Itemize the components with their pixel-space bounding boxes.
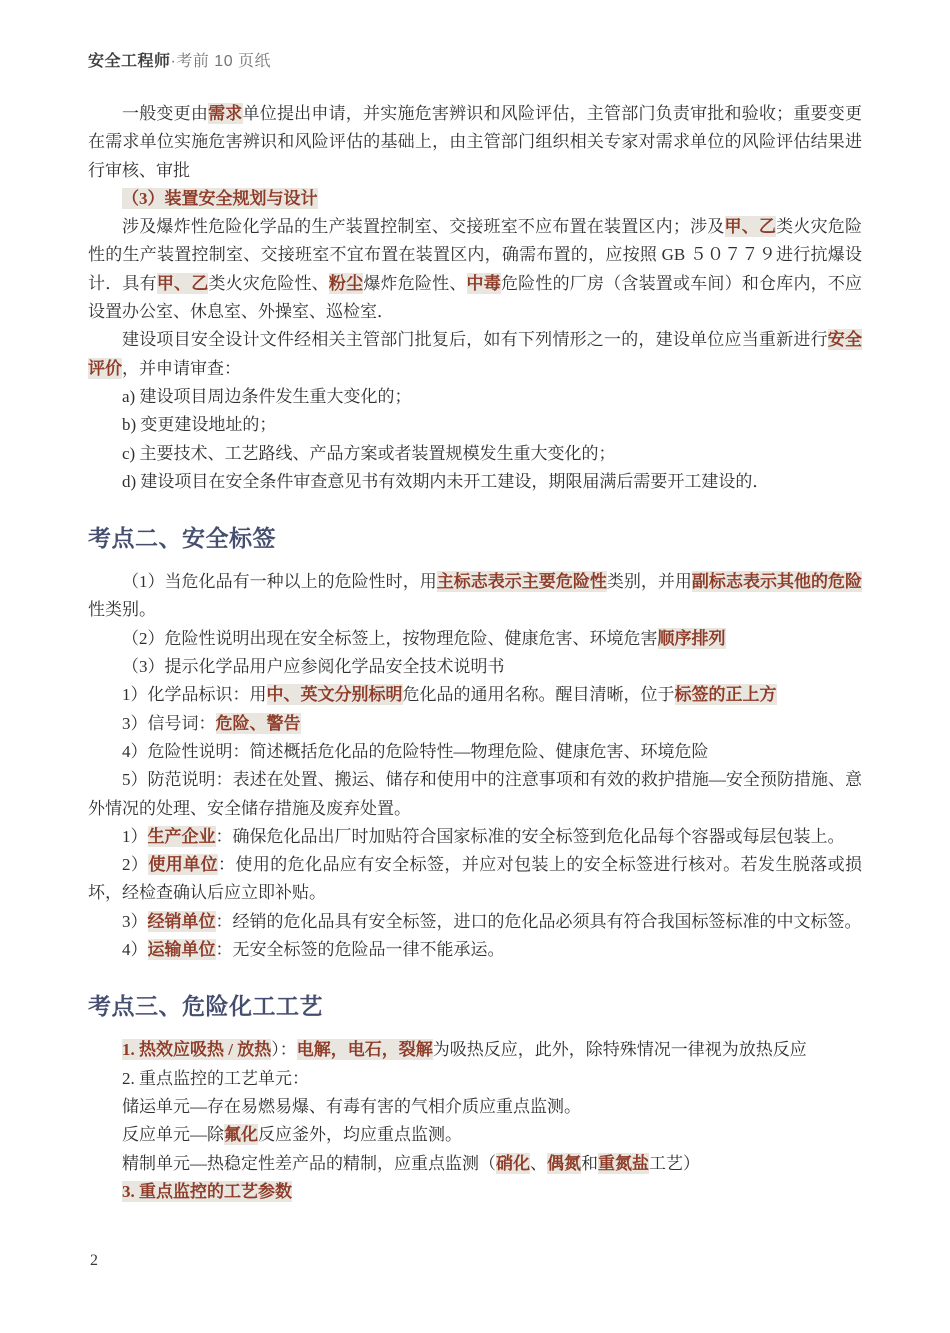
paragraph-thermal-effect: 1. 热效应吸热 / 放热）：电解，电石，裂解为吸热反应，此外，除特殊情况一律视… — [88, 1036, 862, 1064]
text-run: 和 — [581, 1154, 598, 1173]
text-run: 涉及爆炸性危险化学品的生产装置控制室、交接班室不应布置在装置区内；涉及 — [122, 217, 725, 236]
text-run: 储运单元—存在易燃易爆、有毒有害的气相介质应重点监测。 — [122, 1097, 581, 1116]
text-run: c) 主要技术、工艺路线、产品方案或者装置规模发生重大变化的； — [122, 444, 615, 463]
highlighted-term: 偶氮 — [547, 1153, 581, 1174]
document-body: 一般变更由需求单位提出申请，并实施危害辨识和风险评估，主管部门负责审批和验收；重… — [88, 100, 862, 1206]
text-run: ：经销的危化品具有安全标签，进口的危化品必须具有符合我国标签标准的中文标签。 — [216, 912, 862, 931]
paragraph-change-approval: 一般变更由需求单位提出申请，并实施危害辨识和风险评估，主管部门负责审批和验收；重… — [88, 100, 862, 185]
highlighted-term: 中、英文分别标明 — [267, 684, 403, 705]
highlighted-term: 主标志表示主要危险性 — [437, 571, 607, 592]
list-item-c: c) 主要技术、工艺路线、产品方案或者装置规模发生重大变化的； — [88, 440, 862, 468]
text-run: 5）防范说明：表述在处置、搬运、储存和使用中的注意事项和有效的救护措施—安全预防… — [88, 770, 862, 817]
section-heading-safety-label: 考点二、安全标签 — [88, 522, 862, 554]
text-run: a) 建设项目周边条件发生重大变化的； — [122, 387, 411, 406]
paragraph-explosive-layout: 涉及爆炸性危险化学品的生产装置控制室、交接班室不应布置在装置区内；涉及甲、乙类火… — [88, 213, 862, 326]
text-run: ）： — [271, 1040, 297, 1059]
highlighted-term: 甲、乙 — [157, 273, 209, 294]
highlighted-term: 副标志表示其他的危险 — [692, 571, 862, 592]
highlighted-term: 生产企业 — [148, 826, 216, 847]
text-run: 类别，并用 — [607, 572, 692, 591]
highlighted-term: 电解，电石，裂解 — [297, 1039, 433, 1060]
paragraph-safety-evaluation: 建设项目安全设计文件经相关主管部门批复后，如有下列情形之一的，建设单位应当重新进… — [88, 326, 862, 383]
highlighted-term: 使用单位 — [148, 854, 218, 875]
highlighted-term: 硝化 — [496, 1153, 530, 1174]
paragraph-monitored-units: 2. 重点监控的工艺单元： — [88, 1065, 862, 1093]
text-run: 反应单元—除 — [122, 1125, 224, 1144]
list-item-producer: 1）生产企业：确保危化品出厂时加贴符合国家标准的安全标签到危化品每个容器或每层包… — [88, 823, 862, 851]
text-run: 3）信号词： — [122, 714, 216, 733]
text-run: 2） — [122, 855, 148, 874]
paragraph-label-3: （3）提示化学品用户应参阅化学品安全技术说明书 — [88, 653, 862, 681]
text-run: 精制单元—热稳定性差产品的精制，应重点监测（ — [122, 1154, 496, 1173]
text-run: d) 建设项目在安全条件审查意见书有效期内未开工建设，期限届满后需要开工建设的． — [122, 472, 769, 491]
list-item-b: b) 变更建设地址的； — [88, 411, 862, 439]
paragraph-storage-unit: 储运单元—存在易燃易爆、有毒有害的气相介质应重点监测。 — [88, 1093, 862, 1121]
highlighted-term: 1. 热效应吸热 / 放热 — [122, 1039, 271, 1060]
section-heading-hazardous-process: 考点三、危险化工工艺 — [88, 990, 862, 1022]
text-run: 工艺） — [649, 1154, 700, 1173]
text-run: 一般变更由 — [122, 104, 208, 123]
page-footer: 2 — [90, 1252, 98, 1270]
doc-subtitle: ·考前 10 页纸 — [171, 53, 272, 70]
highlighted-term: 氟化 — [224, 1124, 258, 1145]
text-run: 性类别。 — [88, 600, 156, 619]
paragraph-reaction-unit: 反应单元—除氟化反应釜外，均应重点监测。 — [88, 1121, 862, 1149]
highlighted-term: 危险、警告 — [216, 713, 301, 734]
list-item-precaution: 5）防范说明：表述在处置、搬运、储存和使用中的注意事项和有效的救护措施—安全预防… — [88, 766, 862, 823]
list-item-signal-word: 3）信号词：危险、警告 — [88, 710, 862, 738]
text-run: ，并申请审查： — [122, 359, 241, 378]
text-run: ：确保危化品出厂时加贴符合国家标准的安全标签到危化品每个容器或每层包装上。 — [216, 827, 845, 846]
highlighted-term: 粉尘 — [329, 273, 363, 294]
text-run: 1）化学品标识：用 — [122, 685, 267, 704]
subheading-process-parameters: 3. 重点监控的工艺参数 — [88, 1178, 862, 1206]
highlighted-term: 需求 — [208, 103, 242, 124]
text-run: 、 — [530, 1154, 547, 1173]
highlighted-term: 运输单位 — [148, 939, 216, 960]
highlighted-term: （3）装置安全规划与设计 — [122, 188, 318, 209]
text-run: （1）当危化品有一种以上的危险性时，用 — [122, 572, 437, 591]
highlighted-term: 顺序排列 — [658, 628, 726, 649]
text-run: ：无安全标签的危险品一律不能承运。 — [216, 940, 505, 959]
text-run: 4）危险性说明：简述概括危化品的危险特性—物理危险、健康危害、环境危险 — [122, 742, 709, 761]
page-number: 2 — [90, 1252, 98, 1269]
list-item-transporter: 4）运输单位：无安全标签的危险品一律不能承运。 — [88, 936, 862, 964]
text-run: 4） — [122, 940, 148, 959]
page-header: 安全工程师·考前 10 页纸 — [88, 48, 862, 71]
paragraph-label-1: （1）当危化品有一种以上的危险性时，用主标志表示主要危险性类别，并用副标志表示其… — [88, 568, 862, 625]
list-item-user-unit: 2）使用单位：使用的危化品应有安全标签，并应对包装上的安全标签进行核对。若发生脱… — [88, 851, 862, 908]
list-item-distributor: 3）经销单位：经销的危化品具有安全标签，进口的危化品必须具有符合我国标签标准的中… — [88, 908, 862, 936]
list-item-d: d) 建设项目在安全条件审查意见书有效期内未开工建设，期限届满后需要开工建设的． — [88, 468, 862, 496]
text-run: 2. 重点监控的工艺单元： — [122, 1069, 309, 1088]
document-page: 安全工程师·考前 10 页纸 一般变更由需求单位提出申请，并实施危害辨识和风险评… — [0, 0, 950, 1333]
list-item-a: a) 建设项目周边条件发生重大变化的； — [88, 383, 862, 411]
text-run: 3） — [122, 912, 148, 931]
highlighted-term: 重氮盐 — [598, 1153, 649, 1174]
text-run: b) 变更建设地址的； — [122, 415, 276, 434]
paragraph-refining-unit: 精制单元—热稳定性差产品的精制，应重点监测（硝化、偶氮和重氮盐工艺） — [88, 1150, 862, 1178]
text-run: 爆炸危险性、 — [363, 274, 466, 293]
highlighted-term: 3. 重点监控的工艺参数 — [122, 1181, 292, 1202]
highlighted-term: 标签的正上方 — [675, 684, 777, 705]
highlighted-term: 甲、乙 — [725, 216, 777, 237]
text-run: 为吸热反应，此外，除特殊情况一律视为放热反应 — [433, 1040, 807, 1059]
subheading-device-safety-design: （3）装置安全规划与设计 — [88, 185, 862, 213]
list-item-chemical-id: 1）化学品标识：用中、英文分别标明危化品的通用名称。醒目清晰，位于标签的正上方 — [88, 681, 862, 709]
text-run: 类火灾危险性、 — [208, 274, 328, 293]
paragraph-label-2: （2）危险性说明出现在安全标签上，按物理危险、健康危害、环境危害顺序排列 — [88, 625, 862, 653]
highlighted-term: 经销单位 — [148, 911, 216, 932]
doc-title: 安全工程师 — [88, 53, 171, 70]
text-run: 建设项目安全设计文件经相关主管部门批复后，如有下列情形之一的，建设单位应当重新进… — [122, 330, 828, 349]
list-item-hazard-statement: 4）危险性说明：简述概括危化品的危险特性—物理危险、健康危害、环境危险 — [88, 738, 862, 766]
highlighted-term: 中毒 — [467, 273, 501, 294]
text-run: 反应釜外，均应重点监测。 — [258, 1125, 462, 1144]
text-run: 危化品的通用名称。醒目清晰，位于 — [403, 685, 675, 704]
text-run: 1） — [122, 827, 148, 846]
text-run: （3）提示化学品用户应参阅化学品安全技术说明书 — [122, 657, 505, 676]
text-run: （2）危险性说明出现在安全标签上，按物理危险、健康危害、环境危害 — [122, 629, 658, 648]
